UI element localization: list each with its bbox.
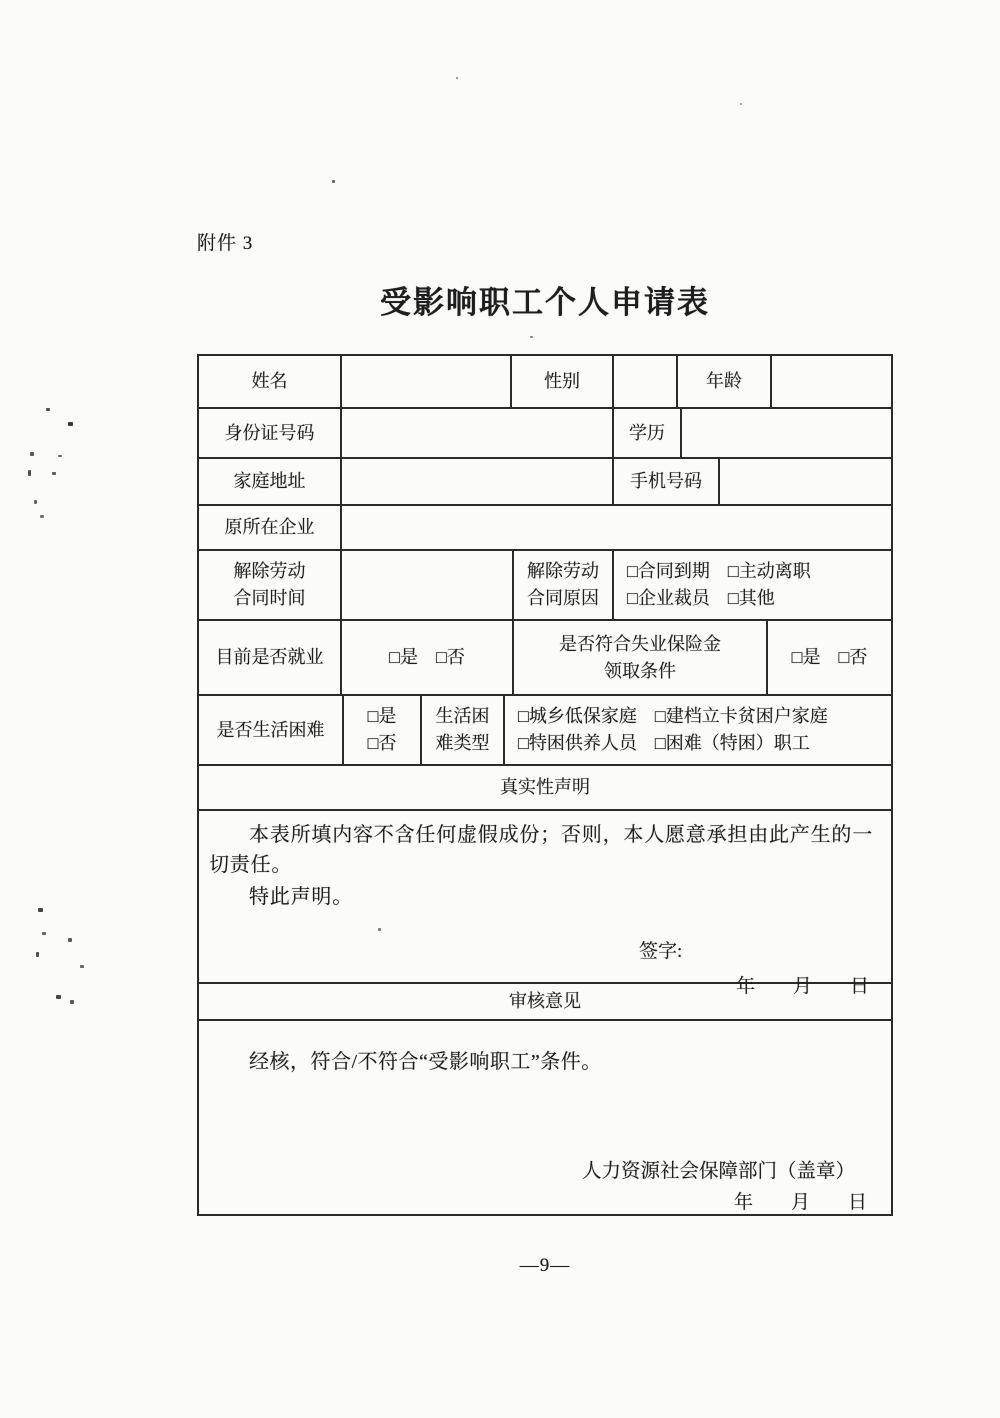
scan-speck [52, 472, 56, 475]
scan-speck [36, 952, 39, 957]
page-number: —9— [197, 1255, 893, 1277]
gender-label: 性别 [512, 356, 614, 407]
review-header: 审核意见 [199, 984, 891, 1019]
review-body-cell: 经核，符合/不符合“受影响职工”条件。 人力资源社会保障部门（盖章） 年 月 日 [199, 1021, 891, 1214]
row-name-gender-age: 姓名 性别 年龄 [199, 356, 891, 409]
scan-speck [456, 77, 458, 79]
hardship-type-label-line2: 难类型 [436, 730, 490, 757]
termination-time-label-line1: 解除劳动 [234, 558, 306, 585]
scan-speck [530, 336, 533, 338]
row-declaration-body: 本表所填内容不含任何虚假成份；否则，本人愿意承担由此产生的一切责任。 特此声明。… [199, 811, 891, 984]
termination-reason-label: 解除劳动 合同原因 [514, 551, 614, 619]
page-title: 受影响职工个人申请表 [197, 277, 893, 322]
hardship-option-yes: □是 [368, 703, 397, 730]
scan-speck [378, 928, 381, 931]
row-hardship: 是否生活困难 □是 □否 生活困 难类型 □城乡低保家庭 □建档立卡贫困户家庭 … [199, 696, 891, 766]
scan-speck [28, 470, 31, 476]
row-former-company: 原所在企业 [199, 506, 891, 551]
scan-speck [740, 103, 742, 105]
former-company-value-cell [342, 506, 891, 549]
former-company-label: 原所在企业 [199, 506, 342, 549]
row-review-header: 审核意见 [199, 984, 891, 1021]
row-address-mobile: 家庭地址 手机号码 [199, 459, 891, 506]
termination-time-value-cell [342, 551, 514, 619]
insurance-options-cell: □是 □否 [768, 621, 891, 694]
termination-reason-label-line2: 合同原因 [527, 585, 599, 612]
scan-speck [332, 180, 335, 183]
education-value-cell [682, 409, 891, 457]
termination-reason-options-line1: □合同到期 □主动离职 [627, 558, 811, 585]
hardship-options-cell: □是 □否 [344, 696, 422, 764]
declaration-text-2: 特此声明。 [199, 880, 891, 912]
termination-reason-label-line1: 解除劳动 [527, 558, 599, 585]
home-address-label: 家庭地址 [199, 459, 342, 504]
id-number-label: 身份证号码 [199, 409, 342, 457]
scan-speck [46, 408, 50, 411]
hardship-label: 是否生活困难 [199, 696, 344, 764]
hardship-type-label-line1: 生活困 [436, 703, 490, 730]
row-review-body: 经核，符合/不符合“受影响职工”条件。 人力资源社会保障部门（盖章） 年 月 日 [199, 1021, 891, 1214]
termination-time-label-line2: 合同时间 [234, 585, 306, 612]
gender-value-cell [614, 356, 678, 407]
scan-speck [34, 500, 37, 504]
hardship-option-no: □否 [368, 730, 397, 757]
scan-speck [58, 455, 62, 457]
id-number-value-cell [342, 409, 614, 457]
row-id-education: 身份证号码 学历 [199, 409, 891, 459]
termination-reason-options-cell: □合同到期 □主动离职 □企业裁员 □其他 [614, 551, 891, 619]
mobile-label: 手机号码 [614, 459, 720, 504]
review-dept-line: 人力资源社会保障部门（盖章） [199, 1157, 891, 1186]
application-form-table: 姓名 性别 年龄 身份证号码 学历 家庭地址 手机号码 原所在企业 [197, 354, 893, 1216]
row-employment-insurance: 目前是否就业 □是 □否 是否符合失业保险金 领取条件 □是 □否 [199, 621, 891, 696]
hardship-type-options-cell: □城乡低保家庭 □建档立卡贫困户家庭 □特困供养人员 □困难（特困）职工 [505, 696, 891, 764]
row-termination: 解除劳动 合同时间 解除劳动 合同原因 □合同到期 □主动离职 □企业裁员 □其… [199, 551, 891, 621]
age-label: 年龄 [678, 356, 772, 407]
scan-speck [68, 422, 73, 426]
scan-speck [30, 452, 34, 456]
termination-reason-options-line2: □企业裁员 □其他 [627, 585, 775, 612]
hardship-type-label: 生活困 难类型 [422, 696, 505, 764]
declaration-header: 真实性声明 [199, 766, 891, 809]
mobile-value-cell [720, 459, 891, 504]
row-declaration-header: 真实性声明 [199, 766, 891, 811]
document-content: 附件 3 受影响职工个人申请表 姓名 性别 年龄 身份证号码 学历 家庭地址 手… [197, 228, 893, 1216]
scan-speck [56, 995, 61, 999]
insurance-label-line2: 领取条件 [604, 658, 676, 685]
scan-speck [40, 515, 44, 518]
scan-speck [38, 908, 43, 912]
age-value-cell [772, 356, 891, 407]
scan-speck [68, 938, 72, 942]
scan-speck [70, 1000, 74, 1004]
scan-speck [42, 932, 46, 935]
attachment-label: 附件 3 [197, 228, 893, 255]
scan-speck [80, 965, 84, 968]
insurance-label: 是否符合失业保险金 领取条件 [514, 621, 768, 694]
employed-label: 目前是否就业 [199, 621, 342, 694]
insurance-label-line1: 是否符合失业保险金 [559, 631, 721, 658]
hardship-type-options-line1: □城乡低保家庭 □建档立卡贫困户家庭 [518, 703, 828, 730]
termination-time-label: 解除劳动 合同时间 [199, 551, 342, 619]
scanned-document-page: { "page": { "attachment_label": "附件 3", … [0, 0, 1000, 1418]
signature-label: 签字: [199, 938, 891, 967]
name-value-cell [342, 356, 512, 407]
review-text: 经核，符合/不符合“受影响职工”条件。 [199, 1021, 891, 1077]
education-label: 学历 [614, 409, 682, 457]
home-address-value-cell [342, 459, 614, 504]
declaration-text: 本表所填内容不含任何虚假成份；否则，本人愿意承担由此产生的一切责任。 [199, 811, 891, 880]
hardship-type-options-line2: □特困供养人员 □困难（特困）职工 [518, 730, 810, 757]
review-date-line: 年 月 日 [199, 1189, 891, 1218]
name-label: 姓名 [199, 356, 342, 407]
declaration-body-cell: 本表所填内容不含任何虚假成份；否则，本人愿意承担由此产生的一切责任。 特此声明。… [199, 811, 891, 982]
employed-options-cell: □是 □否 [342, 621, 514, 694]
